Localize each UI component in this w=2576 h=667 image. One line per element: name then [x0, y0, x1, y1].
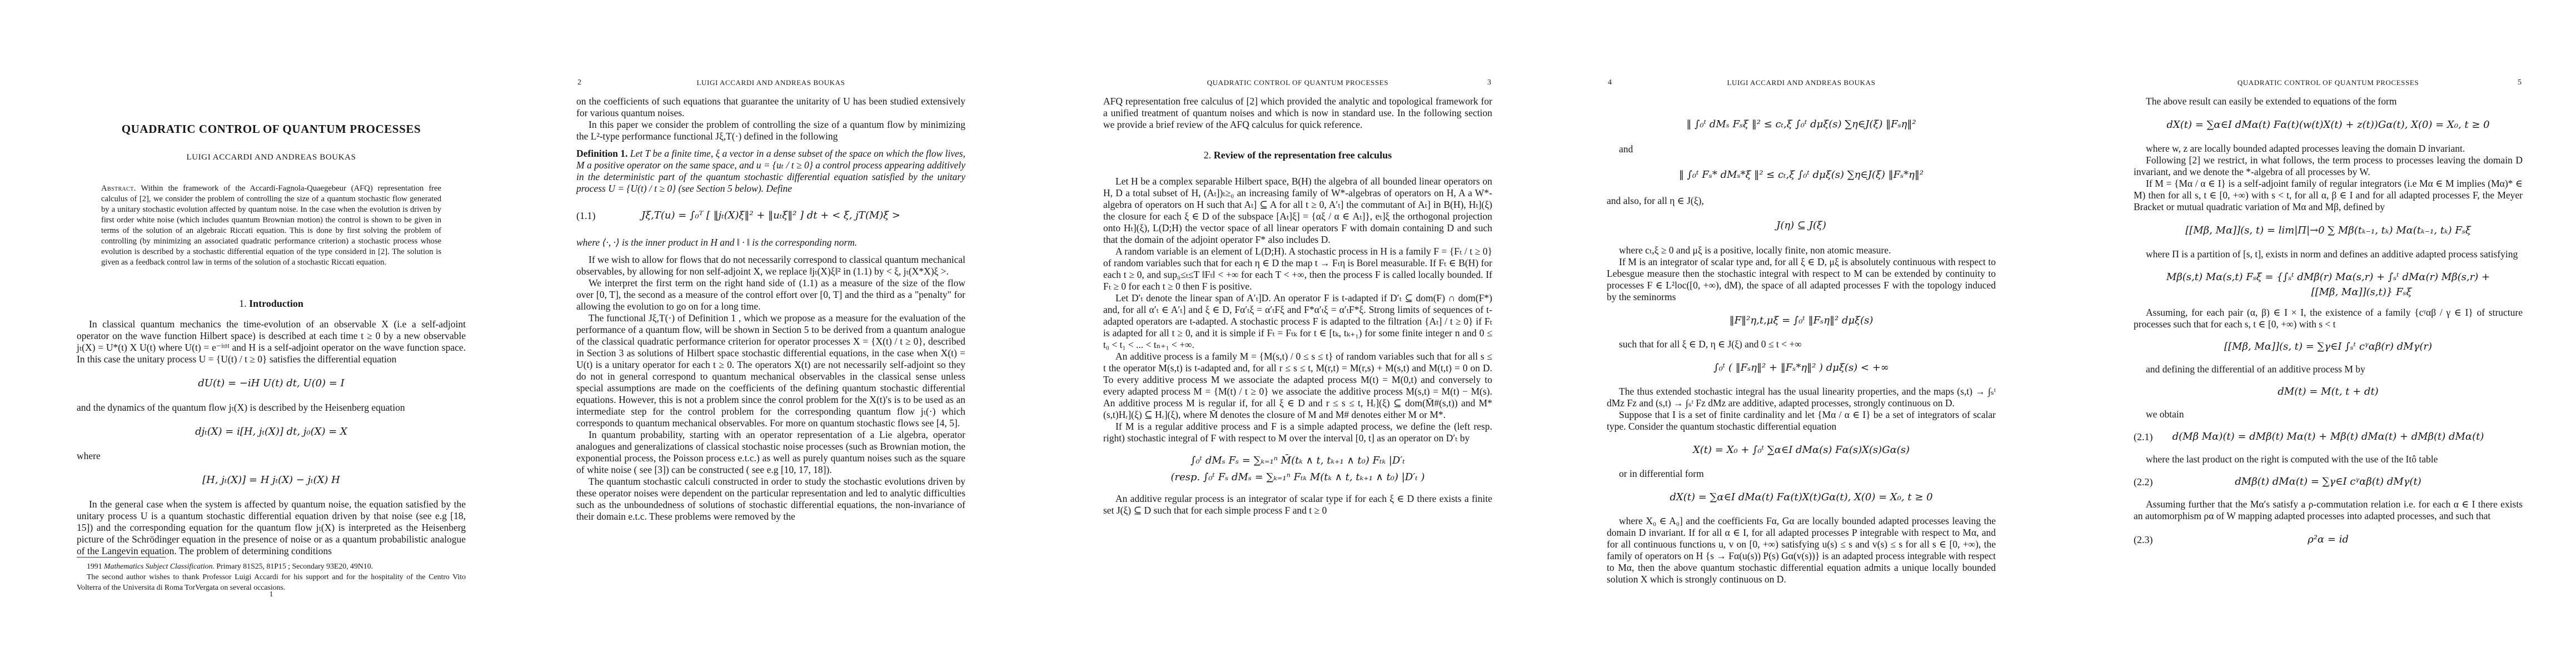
paragraph: In this paper we consider the problem of… — [576, 119, 965, 142]
footnote-text: 1991 — [87, 562, 104, 570]
paragraph: and defining the differential of an addi… — [2134, 364, 2523, 375]
footnote: 1991 Mathematics Subject Classification.… — [77, 561, 466, 571]
display-equation: dU(t) = −iH U(t) dt, U(0) = I — [77, 377, 466, 390]
page-title: QUADRATIC CONTROL OF QUANTUM PROCESSES — [77, 122, 466, 136]
display-equation: (resp. ∫₀ᵗ Fₛ dMₛ = ∑ₖ₌₁ⁿ Fₜₖ M(tₖ ∧ t, … — [1103, 471, 1492, 484]
running-head-text: QUADRATIC CONTROL OF QUANTUM PROCESSES — [1103, 78, 1492, 87]
paragraph: where Π is a partition of [s, t], exists… — [2134, 248, 2523, 260]
display-equation: ∫₀ᵗ dMₛ Fₛ = ∑ₖ₌₁ⁿ M̄(tₖ ∧ t, tₖ₊₁ ∧ t₀)… — [1103, 454, 1492, 467]
page-number: 2 — [577, 78, 581, 87]
paragraph: If we wish to allow for flows that do no… — [576, 254, 965, 277]
paragraph: If M = {Mα / α ∈ I} is a self-adjoint fa… — [2134, 178, 2523, 213]
paragraph: or in differential form — [1607, 468, 1996, 480]
definition-text: Let T be a finite time, ξ a vector in a … — [576, 148, 965, 194]
page-number: 4 — [1608, 78, 1612, 87]
section-number: 2. — [1204, 150, 1212, 161]
paper-page-3: QUADRATIC CONTROL OF QUANTUM PROCESSES 3… — [1030, 0, 1546, 667]
paragraph: In the general case when the system is a… — [77, 499, 466, 557]
paragraph: The above result can easily be extended … — [2134, 96, 2523, 107]
display-equation: [H, jₜ(X)] = H jₜ(X) − jₜ(X) H — [77, 474, 466, 487]
abstract-text: Within the framework of the Accardi-Fagn… — [101, 184, 441, 267]
paragraph: Suppose that I is a set of finite cardin… — [1607, 409, 1996, 432]
paragraph: such that for all ξ ∈ D, η ∈ J(ξ) and 0 … — [1607, 339, 1996, 350]
abstract: Abstract. Within the framework of the Ac… — [101, 183, 441, 268]
display-equation: [[Mβ, Mα]](s, t) = lim|Π|→0 ∑ Mβ(tₖ₋₁, t… — [2134, 224, 2523, 237]
paragraph: In classical quantum mechanics the time-… — [77, 318, 466, 365]
definition-label: Definition 1. — [576, 148, 627, 159]
footnote-text-italic: Mathematics Subject Classification. — [104, 562, 215, 570]
paper-page-1: QUADRATIC CONTROL OF QUANTUM PROCESSES L… — [0, 0, 515, 667]
display-equation: [[Mβ, Mα]](s,t)} Fₛξ — [2200, 285, 2523, 299]
display-equation: dM(t) = M(t, t + dt) — [2134, 385, 2523, 399]
paragraph: An additive process is a family M = {M(s… — [1103, 351, 1492, 421]
page-number: 1 — [77, 590, 466, 599]
running-header: QUADRATIC CONTROL OF QUANTUM PROCESSES 3 — [1103, 78, 1492, 88]
running-header: QUADRATIC CONTROL OF QUANTUM PROCESSES 5 — [2134, 78, 2523, 88]
display-equation: dX(t) = ∑α∈I dMα(t) Fα(t)X(t)Gα(t), X(0)… — [1607, 491, 1996, 504]
paragraph: and also, for all η ∈ J(ξ), — [1607, 195, 1996, 207]
definition-1: Definition 1. Let T be a finite time, ξ … — [576, 148, 965, 195]
footnote-rule — [77, 557, 166, 558]
paragraph: Following [2] we restrict, in what follo… — [2134, 155, 2523, 178]
paper-page-2: 2 LUIGI ACCARDI AND ANDREAS BOUKAS on th… — [515, 0, 1030, 667]
paragraph: An additive regular process is an integr… — [1103, 493, 1492, 516]
equation-body: dMβ(t) dMα(t) = ∑γ∈I cᵞαβ(t) dMγ(t) — [2235, 476, 2421, 487]
display-equation: djₜ(X) = i[H, jₜ(X)] dt, j₀(X) = X — [77, 425, 466, 439]
display-equation: ∫₀ᵗ ( ‖Fₛη‖² + ‖Fₛ*η‖² ) dμξ(s) < +∞ — [1607, 361, 1996, 375]
equation-body: ρ²α = id — [2308, 534, 2349, 545]
paragraph: we obtain — [2134, 409, 2523, 420]
paragraph: In quantum probability, starting with an… — [576, 429, 965, 476]
section-heading-1: 1. Introduction — [77, 298, 466, 310]
equation-body: d(Mβ Mα)(t) = dMβ(t) Mα(t) + Mβ(t) dMα(t… — [2173, 431, 2484, 442]
section-title: Introduction — [249, 298, 303, 309]
paper-page-4: 4 LUIGI ACCARDI AND ANDREAS BOUKAS ‖ ∫₀ᵗ… — [1546, 0, 2061, 667]
footnote-text: Primary 81S25, 81P15 ; Secondary 93E20, … — [215, 562, 373, 570]
paragraph: If M is a regular additive process and F… — [1103, 421, 1492, 444]
abstract-label: Abstract. — [101, 184, 136, 193]
equation-number: (1.1) — [576, 209, 596, 222]
display-equation: dX(t) = ∑α∈I dMα(t) Fα(t)(w(t)X(t) + z(t… — [2134, 118, 2523, 132]
display-equation: ‖ ∫₀ᵗ Fₛ* dMₛ*ξ ‖² ≤ cₜ,ξ ∫₀ᵗ dμξ(s) ∑η∈… — [1607, 168, 1996, 182]
equation-number: (2.3) — [2134, 533, 2153, 546]
paragraph: A random variable is an element of L(D;H… — [1103, 246, 1492, 292]
paragraph: where ⟨·, ·⟩ is the inner product in H a… — [576, 237, 965, 248]
paragraph: and — [1607, 143, 1996, 155]
paragraph: where w, z are locally bounded adapted p… — [2134, 143, 2523, 155]
paragraph: where X₀ ∈ A₀] and the coefficients Fα, … — [1607, 515, 1996, 585]
paragraph: where cₜ,ξ ≥ 0 and μξ is a positive, loc… — [1607, 245, 1996, 256]
display-equation: Mβ(s,t) Mα(s,t) Fₛξ = {∫ₛᵗ dMβ(r) Mα(s,r… — [2134, 270, 2523, 284]
section-title: Review of the representation free calcul… — [1214, 150, 1392, 161]
paragraph: Let D′ₜ denote the linear span of A′ₜ]D.… — [1103, 292, 1492, 351]
paragraph: Let H be a complex separable Hilbert spa… — [1103, 176, 1492, 246]
display-equation-2-3: (2.3) ρ²α = id — [2134, 533, 2523, 546]
authors: LUIGI ACCARDI AND ANDREAS BOUKAS — [77, 153, 466, 162]
paragraph: We interpret the first term on the right… — [576, 277, 965, 312]
paragraph: and the dynamics of the quantum flow jₜ(… — [77, 402, 466, 414]
paragraph: where the last product on the right is c… — [2134, 454, 2523, 465]
display-equation-2-2: (2.2) dMβ(t) dMα(t) = ∑γ∈I cᵞαβ(t) dMγ(t… — [2134, 475, 2523, 489]
paragraph: The functional Jξ,T(·) of Definition 1 ,… — [576, 312, 965, 429]
display-equation: J(η) ⊆ J(ξ) — [1607, 219, 1996, 232]
running-head-text: QUADRATIC CONTROL OF QUANTUM PROCESSES — [2134, 78, 2523, 87]
display-equation-1-1: (1.1) Jξ,T(u) = ∫₀ᵀ [ ‖jₜ(X)ξ‖² + ‖uₜξ‖²… — [576, 209, 965, 222]
footnote-block: 1991 Mathematics Subject Classification.… — [77, 557, 466, 593]
display-equation: [[Mβ, Mα]](s, t) = ∑γ∈I ∫ₛᵗ cᵞαβ(r) dMγ(… — [2134, 340, 2523, 354]
display-equation: ‖F‖²η,t,μξ = ∫₀ᵗ ‖Fₛη‖² dμξ(s) — [1607, 314, 1996, 327]
pdf-multipage-view: { "watermark": "arXiv:1308.1699v1 [math-… — [0, 0, 2576, 667]
equation-body: Jξ,T(u) = ∫₀ᵀ [ ‖jₜ(X)ξ‖² + ‖uₜξ‖² ] dt … — [641, 210, 900, 221]
paragraph: AFQ representation free calculus of [2] … — [1103, 96, 1492, 131]
running-head-text: LUIGI ACCARDI AND ANDREAS BOUKAS — [576, 78, 965, 87]
paper-page-5: QUADRATIC CONTROL OF QUANTUM PROCESSES 5… — [2061, 0, 2576, 667]
footnote: The second author wishes to thank Profes… — [77, 571, 466, 593]
section-number: 1. — [239, 298, 247, 309]
running-head-text: LUIGI ACCARDI AND ANDREAS BOUKAS — [1607, 78, 1996, 87]
page-number: 5 — [2518, 78, 2522, 87]
paragraph: where — [77, 450, 466, 462]
paragraph: The quantum stochastic calculi construct… — [576, 476, 965, 522]
paragraph: If M is an integrator of scalar type and… — [1607, 256, 1996, 303]
paragraph: Assuming, for each pair (α, β) ∈ I × I, … — [2134, 307, 2523, 330]
paragraph: The thus extended stochastic integral ha… — [1607, 386, 1996, 409]
display-equation: ‖ ∫₀ᵗ dMₛ Fₛξ ‖² ≤ cₜ,ξ ∫₀ᵗ dμξ(s) ∑η∈J(… — [1607, 118, 1996, 131]
section-heading-2: 2. Review of the representation free cal… — [1103, 150, 1492, 161]
paragraph: Assuming further that the Mα′s satisfy a… — [2134, 499, 2523, 522]
paragraph: on the coefficients of such equations th… — [576, 96, 965, 119]
running-header: 2 LUIGI ACCARDI AND ANDREAS BOUKAS — [576, 78, 965, 88]
display-equation: X(t) = X₀ + ∫₀ᵗ ∑α∈I dMα(s) Fα(s)X(s)Gα(… — [1607, 444, 1996, 457]
equation-number: (2.2) — [2134, 475, 2153, 489]
equation-number: (2.1) — [2134, 430, 2153, 444]
running-header: 4 LUIGI ACCARDI AND ANDREAS BOUKAS — [1607, 78, 1996, 88]
display-equation-2-1: (2.1) d(Mβ Mα)(t) = dMβ(t) Mα(t) + Mβ(t)… — [2134, 430, 2523, 444]
page-number: 3 — [1487, 78, 1491, 87]
